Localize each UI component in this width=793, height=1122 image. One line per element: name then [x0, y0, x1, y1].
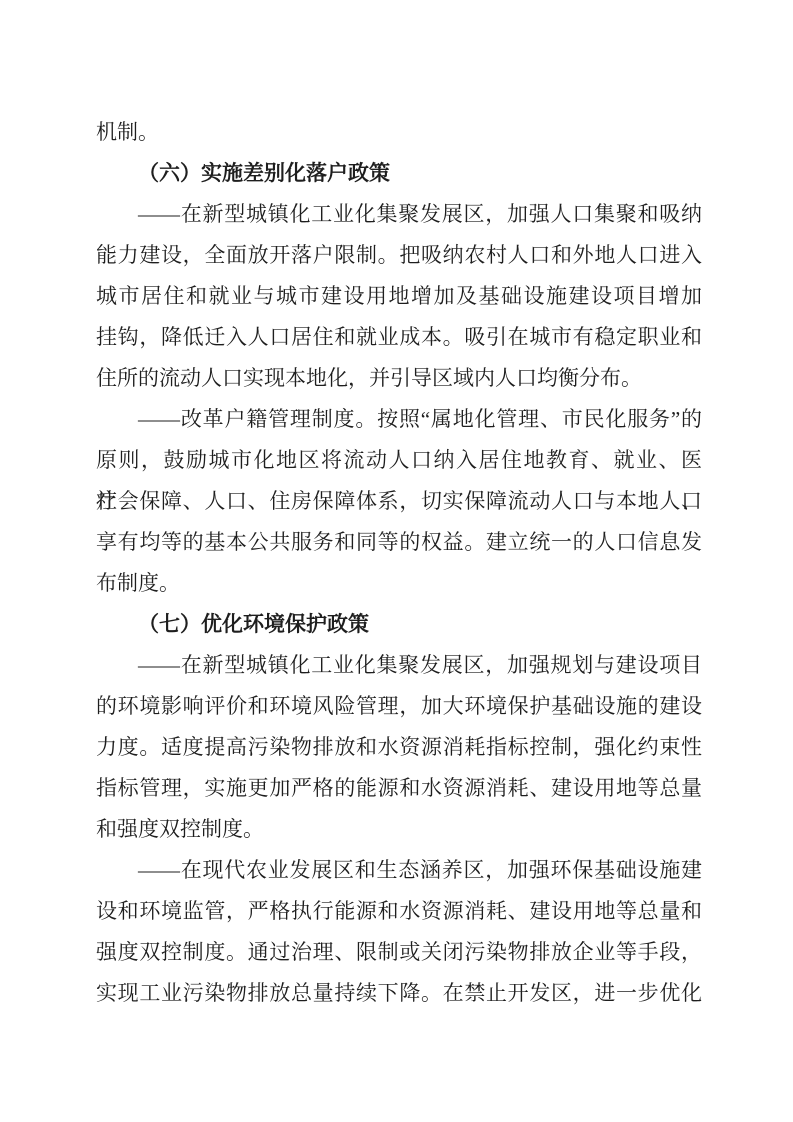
text-line: ——在现代农业发展区和生态涵养区，加强环保基础设施建 [96, 850, 702, 891]
document-page: 机制。 （六）实施差别化落户政策 ——在新型城镇化工业化集聚发展区，加强人口集聚… [0, 0, 793, 1122]
text-line: 住所的流动人口实现本地化，并引导区域内人口均衡分布。 [96, 358, 702, 399]
text-block: 机制。 （六）实施差别化落户政策 ——在新型城镇化工业化集聚发展区，加强人口集聚… [96, 112, 702, 1014]
text-line: 和强度双控制度。 [96, 809, 702, 850]
text-line: 指标管理，实施更加严格的能源和水资源消耗、建设用地等总量 [96, 768, 702, 809]
text-line: 社会保障、人口、住房保障体系，切实保障流动人口与本地人口 [96, 481, 702, 522]
text-line: 挂钩，降低迁入人口居住和就业成本。吸引在城市有稳定职业和 [96, 317, 702, 358]
text-line: 原则，鼓励城市化地区将流动人口纳入居住地教育、就业、医疗、 [96, 440, 702, 481]
section-heading-7: （七）优化环境保护政策 [96, 604, 702, 645]
text-line: 设和环境监管，严格执行能源和水资源消耗、建设用地等总量和 [96, 891, 702, 932]
text-line: ——改革户籍管理制度。按照“属地化管理、市民化服务”的 [96, 399, 702, 440]
text-line: 力度。适度提高污染物排放和水资源消耗指标控制，强化约束性 [96, 727, 702, 768]
text-line: ——在新型城镇化工业化集聚发展区，加强规划与建设项目 [96, 645, 702, 686]
text-line: 能力建设，全面放开落户限制。把吸纳农村人口和外地人口进入 [96, 235, 702, 276]
text-line: 实现工业污染物排放总量持续下降。在禁止开发区，进一步优化 [96, 973, 702, 1014]
text-line: 机制。 [96, 112, 702, 153]
text-line: 强度双控制度。通过治理、限制或关闭污染物排放企业等手段， [96, 932, 702, 973]
text-line: 享有均等的基本公共服务和同等的权益。建立统一的人口信息发 [96, 522, 702, 563]
text-line: ——在新型城镇化工业化集聚发展区，加强人口集聚和吸纳 [96, 194, 702, 235]
section-heading-6: （六）实施差别化落户政策 [96, 153, 702, 194]
text-line: 布制度。 [96, 563, 702, 604]
text-line: 城市居住和就业与城市建设用地增加及基础设施建设项目增加 [96, 276, 702, 317]
text-line: 的环境影响评价和环境风险管理，加大环境保护基础设施的建设 [96, 686, 702, 727]
